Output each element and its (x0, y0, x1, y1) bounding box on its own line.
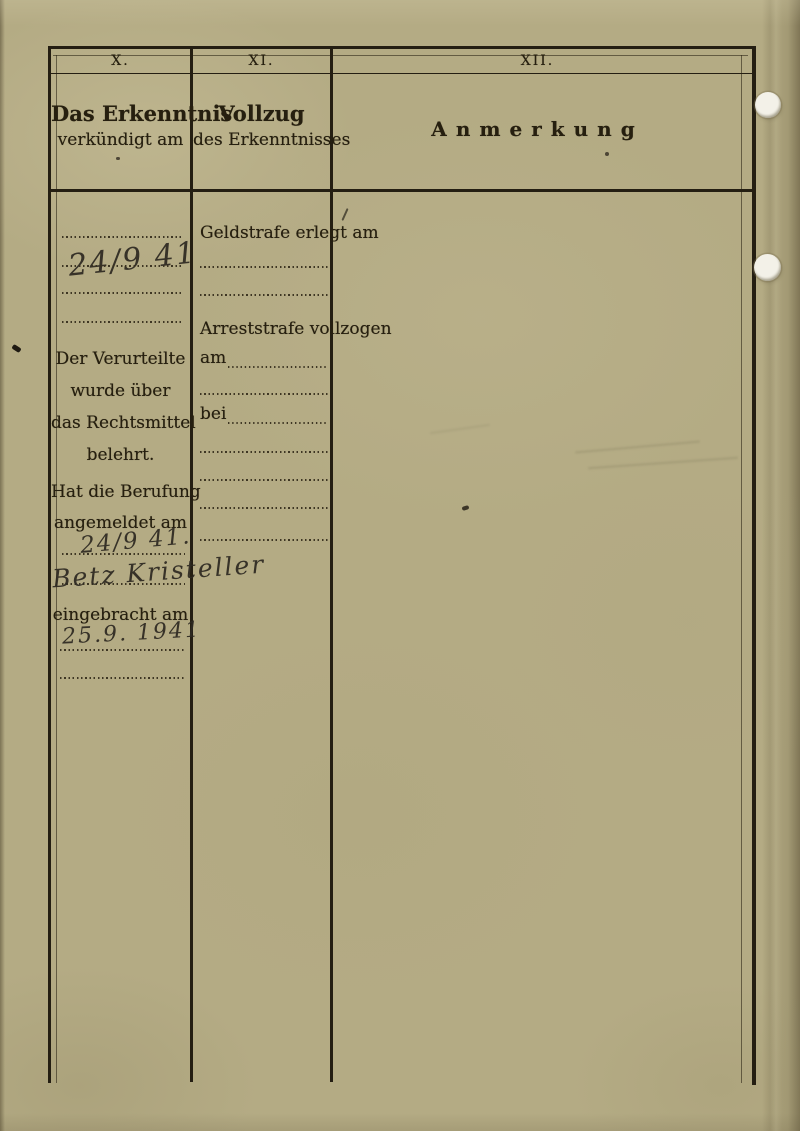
column-x-numeral: X. (51, 53, 190, 69)
dotted-fill (228, 409, 328, 424)
belehrung-line: Der Verurteilte (51, 349, 190, 369)
dotted-line (200, 294, 328, 296)
column-xii-title: Anmerkung (333, 117, 742, 141)
am-label: am (200, 348, 226, 368)
punch-hole-bottom (754, 254, 781, 281)
dotted-line (200, 266, 328, 268)
column-x-subtitle: verkündigt am (51, 130, 190, 150)
dotted-fill (228, 353, 328, 368)
dotted-line (62, 553, 185, 555)
ink-speck (116, 157, 120, 160)
table-border-right (752, 46, 756, 1085)
divider-xi-xii (330, 46, 333, 1082)
am-field: am (200, 348, 328, 368)
dotted-line (60, 677, 186, 679)
header-bottom-line (48, 189, 756, 192)
dotted-line (200, 507, 328, 509)
belehrung-line: belehrt. (51, 445, 190, 465)
bei-field: bei (200, 404, 328, 424)
table-inner-line-right (741, 55, 742, 1083)
column-xi-numeral: XI. (193, 53, 330, 69)
ink-speck (605, 152, 609, 156)
dotted-line (62, 321, 184, 323)
belehrung-line: wurde über (51, 381, 190, 401)
dotted-line (62, 292, 184, 294)
table-border-top (48, 46, 756, 49)
bei-label: bei (200, 404, 226, 424)
punch-hole-top (755, 92, 781, 118)
dotted-line (200, 479, 328, 481)
numeral-row-line (48, 73, 756, 74)
dotted-line (200, 393, 328, 395)
dotted-line (200, 451, 328, 453)
arreststrafe-label: Arreststrafe vollzogen (200, 319, 392, 339)
column-xi-title: Vollzug (193, 101, 330, 126)
belehrung-line: das Rechtsmittel (51, 413, 190, 433)
column-xi-subtitle: des Erkenntnisses (193, 130, 330, 150)
geldstrafe-label: Geldstrafe erlegt am (200, 223, 379, 243)
dotted-line (62, 265, 184, 267)
dotted-line (60, 649, 186, 651)
dotted-line (200, 539, 328, 541)
berufung-line: Hat die Berufung (51, 482, 190, 502)
column-x-title: Das Erkenntnis (51, 101, 190, 126)
column-xii-numeral: XII. (333, 53, 742, 69)
